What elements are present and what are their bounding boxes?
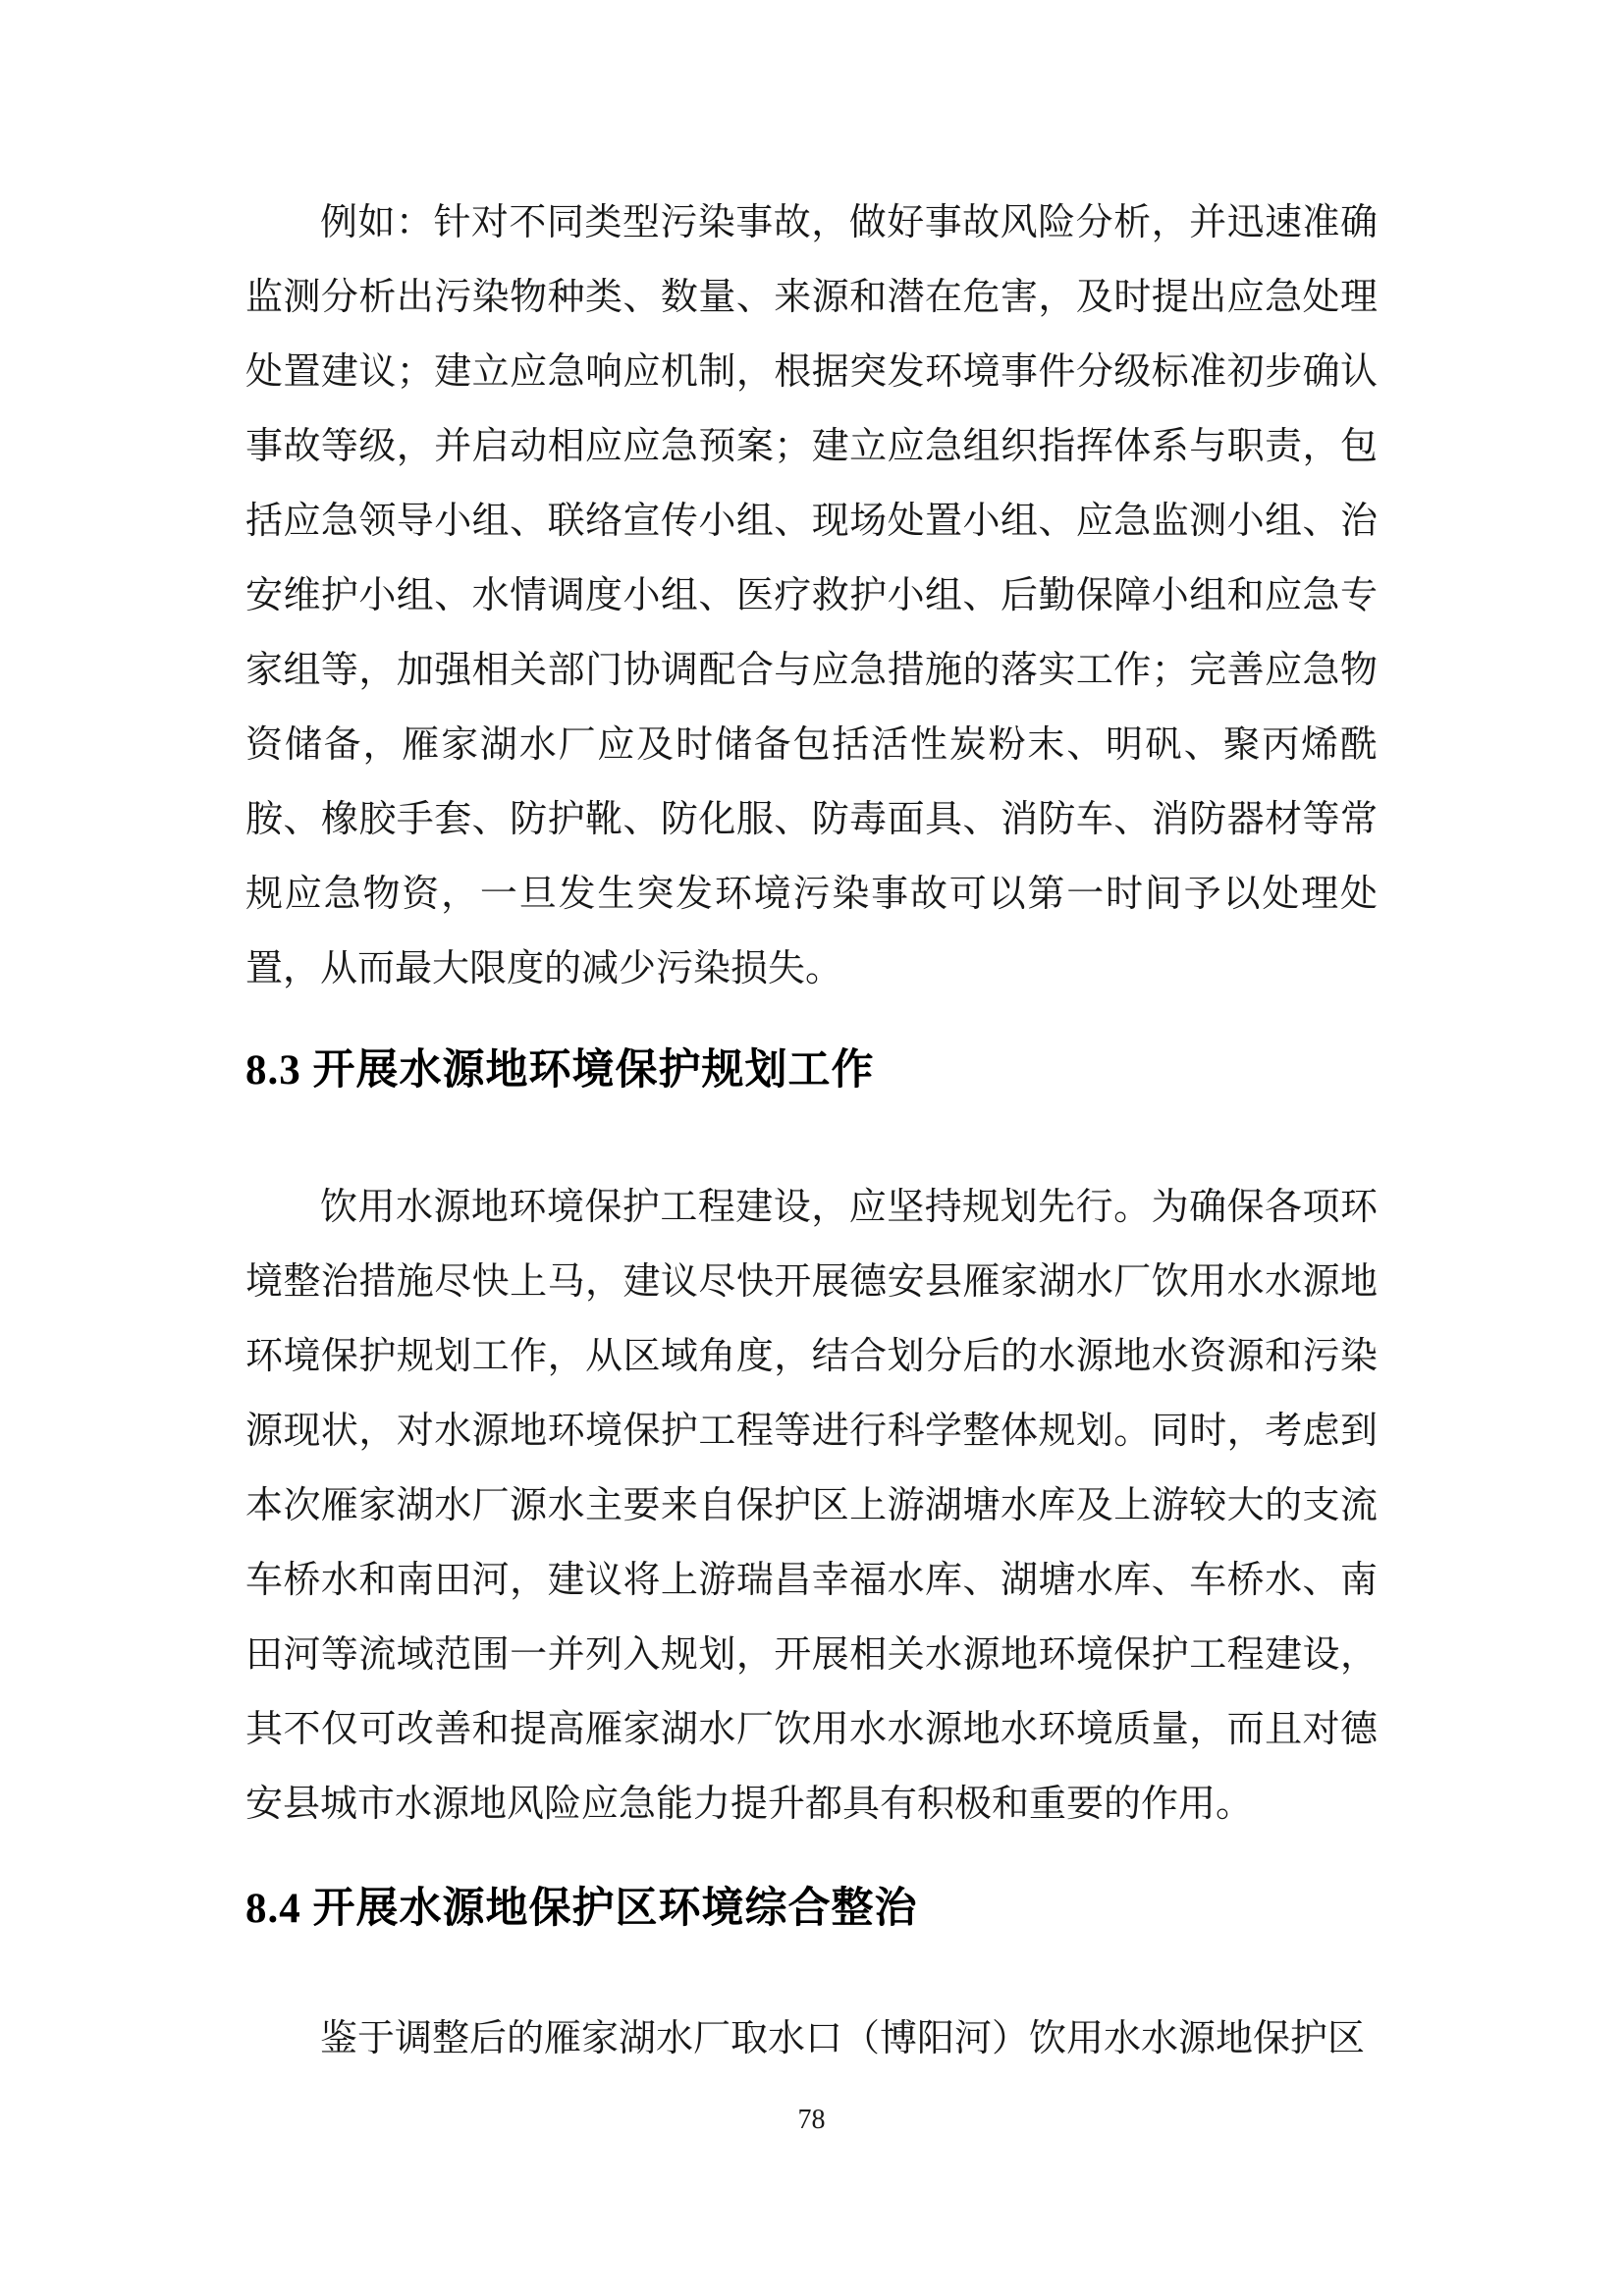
page-content: 例如：针对不同类型污染事故，做好事故风险分析，并迅速准确监测分析出污染物种类、数…	[245, 0, 1378, 2076]
paragraph-remediation-intro: 鉴于调整后的雁家湖水厂取水口（博阳河）饮用水水源地保护区	[245, 2002, 1378, 2076]
document-page: 例如：针对不同类型污染事故，做好事故风险分析，并迅速准确监测分析出污染物种类、数…	[0, 0, 1623, 2296]
heading-8-4: 8.4 开展水源地保护区环境综合整治	[245, 1882, 1378, 1937]
page-number: 78	[0, 2105, 1623, 2136]
heading-8-3: 8.3 开展水源地环境保护规划工作	[245, 1043, 1378, 1098]
paragraph-emergency-measures: 例如：针对不同类型污染事故，做好事故风险分析，并迅速准确监测分析出污染物种类、数…	[245, 186, 1378, 1006]
paragraph-source-protection-planning: 饮用水源地环境保护工程建设，应坚持规划先行。为确保各项环境整治措施尽快上马，建议…	[245, 1170, 1378, 1842]
